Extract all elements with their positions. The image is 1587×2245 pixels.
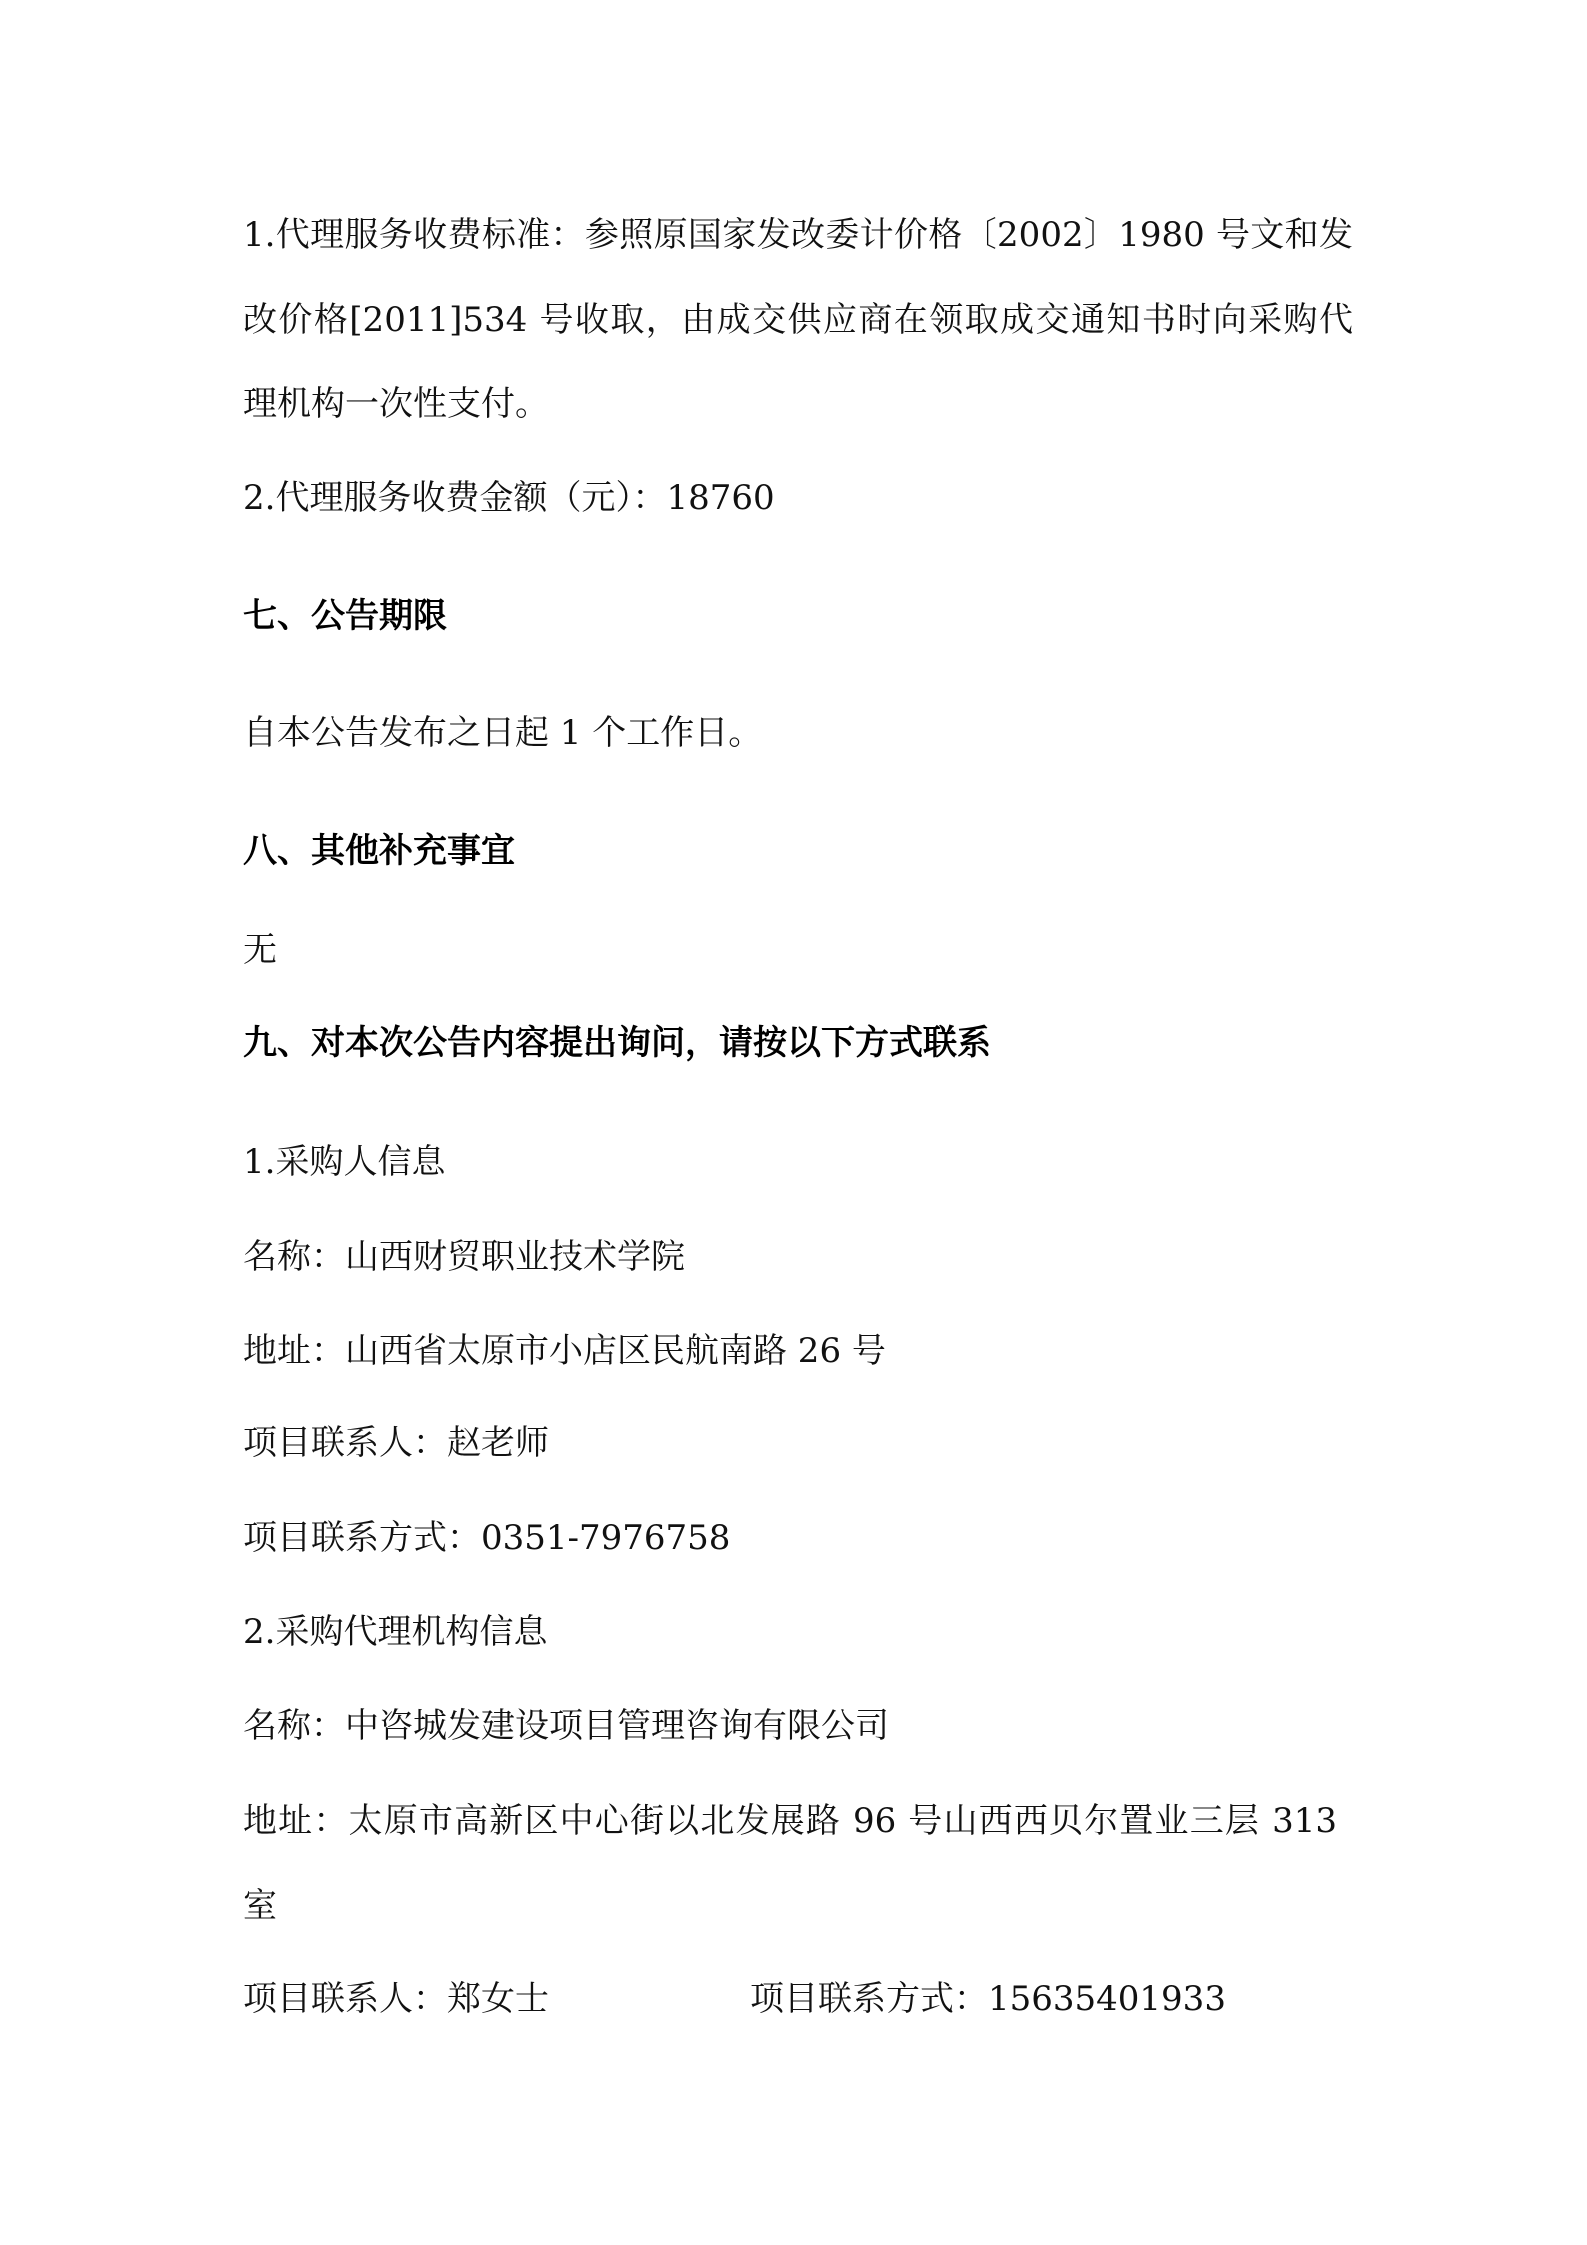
fee-standard-line-3: 理机构一次性支付。 (243, 387, 549, 421)
announcement-period-text: 自本公告发布之日起 1 个工作日。 (243, 716, 762, 750)
agency-address-line-2: 室 (243, 1889, 277, 1923)
document-page: 1.代理服务收费标准：参照原国家发改委计价格〔2002〕1980 号文和发 改价… (0, 0, 1587, 2245)
fee-amount: 2.代理服务收费金额（元）：18760 (243, 481, 775, 515)
purchaser-address: 地址：山西省太原市小店区民航南路 26 号 (243, 1334, 886, 1368)
purchaser-contact-person: 项目联系人：赵老师 (243, 1426, 549, 1460)
agency-info-title: 2.采购代理机构信息 (243, 1615, 547, 1649)
agency-name: 名称：中咨城发建设项目管理咨询有限公司 (243, 1709, 889, 1743)
agency-contact-phone: 项目联系方式：15635401933 (750, 1982, 1226, 2016)
purchaser-contact-phone: 项目联系方式：0351-7976758 (243, 1521, 730, 1555)
fee-standard-line-1: 1.代理服务收费标准：参照原国家发改委计价格〔2002〕1980 号文和发 (243, 218, 1353, 252)
other-matters-text: 无 (243, 933, 277, 967)
section-heading-announcement-period: 七、公告期限 (243, 599, 447, 633)
agency-address-line-1: 地址：太原市高新区中心街以北发展路 96 号山西西贝尔置业三层 313 (243, 1804, 1337, 1838)
purchaser-info-title: 1.采购人信息 (243, 1145, 445, 1179)
section-heading-contact: 九、对本次公告内容提出询问，请按以下方式联系 (243, 1026, 991, 1060)
purchaser-name: 名称：山西财贸职业技术学院 (243, 1240, 685, 1274)
section-heading-other-matters: 八、其他补充事宜 (243, 834, 515, 868)
fee-standard-line-2: 改价格[2011]534 号收取，由成交供应商在领取成交通知书时向采购代 (243, 303, 1353, 337)
agency-contact-person: 项目联系人：郑女士 (243, 1982, 549, 2016)
